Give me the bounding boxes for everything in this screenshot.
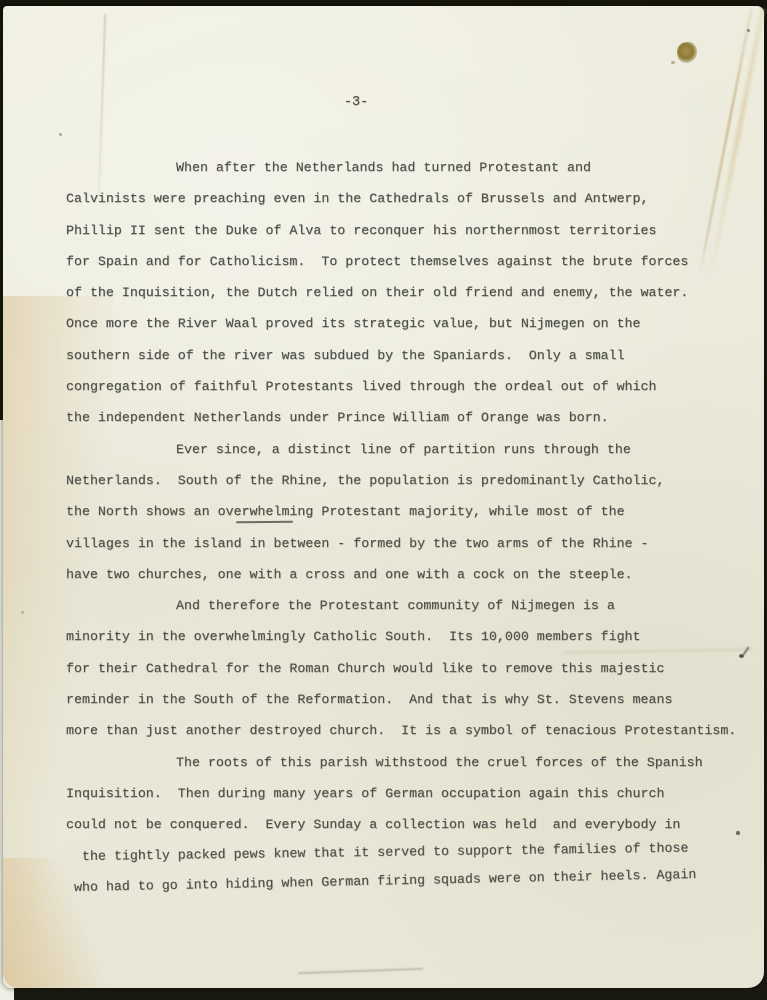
text-line: have two churches, one with a cross and … (66, 559, 759, 590)
crease-bottom (298, 968, 423, 974)
text-line: of the Inquisition, the Dutch relied on … (66, 277, 759, 308)
text-line: Phillip II sent the Duke of Alva to reco… (66, 215, 759, 246)
paragraph: When after the Netherlands had turned Pr… (66, 152, 759, 434)
text-line: for Spain and for Catholicism. To protec… (66, 246, 759, 277)
text-line: When after the Netherlands had turned Pr… (66, 152, 759, 183)
paragraph: Ever since, a distinct line of partition… (66, 434, 759, 590)
text-line: minority in the overwhelmingly Catholic … (66, 621, 759, 652)
text-line: for their Cathedral for the Roman Church… (66, 653, 759, 684)
paragraph: And therefore the Protestant community o… (66, 590, 759, 746)
text-line: the North shows an overwhelming Protesta… (66, 496, 759, 527)
text-line: southern side of the river was subdued b… (66, 340, 759, 371)
paper-speck (59, 133, 62, 136)
text-line: Calvinists were preaching even in the Ca… (66, 183, 759, 214)
text-line: reminder in the South of the Reformation… (66, 684, 759, 715)
text-line: The roots of this parish withstood the c… (66, 747, 759, 778)
text-line: more than just another destroyed church.… (66, 715, 759, 746)
green-speck (747, 29, 750, 32)
text-line: the independent Netherlands under Prince… (66, 402, 759, 433)
stain-speck (671, 61, 675, 64)
paper-speck (21, 611, 24, 614)
text-line: villages in the island in between - form… (66, 528, 759, 559)
scanned-document-page: -3- When after the Netherlands had turne… (0, 0, 767, 1000)
paragraph: The roots of this parish withstood the c… (66, 747, 759, 903)
text-line: congregation of faithful Protestants liv… (66, 371, 759, 402)
text-line: Ever since, a distinct line of partition… (66, 434, 759, 465)
text-line: Once more the River Waal proved its stra… (66, 308, 759, 339)
page-number: -3- (344, 95, 368, 110)
text-line: Netherlands. South of the Rhine, the pop… (66, 465, 759, 496)
typed-text-body: When after the Netherlands had turned Pr… (66, 152, 759, 903)
text-line: And therefore the Protestant community o… (66, 590, 759, 621)
text-line: Inquisition. Then during many years of G… (66, 778, 759, 809)
